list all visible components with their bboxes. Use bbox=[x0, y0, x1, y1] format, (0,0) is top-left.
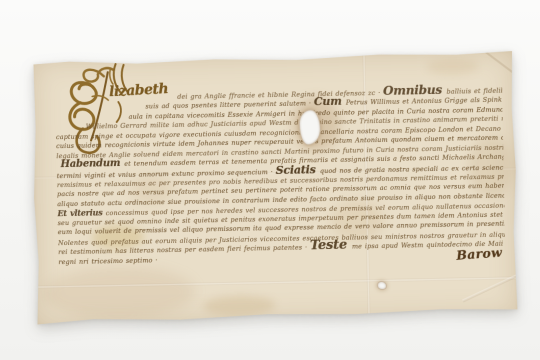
parchment-wrapper: lizabeth Barow dei gra Anglie ffrancie e… bbox=[30, 49, 519, 326]
photo-backdrop: lizabeth Barow dei gra Anglie ffrancie e… bbox=[0, 0, 540, 360]
parchment-hole bbox=[377, 281, 387, 290]
script-text: me ipsa apud Westm quintodecimo die Maii… bbox=[352, 237, 505, 250]
engrossed-word: Et vlterius bbox=[57, 207, 105, 218]
script-text: rei testimonium has litteras nostras per… bbox=[58, 243, 310, 256]
parchment: lizabeth Barow dei gra Anglie ffrancie e… bbox=[30, 49, 519, 326]
manuscript-text: lizabeth Barow dei gra Anglie ffrancie e… bbox=[30, 49, 519, 326]
manuscript-line: regni nri tricesimo septimo · bbox=[58, 255, 198, 266]
engrossed-word: Teste bbox=[310, 237, 352, 253]
script-text: regni nri tricesimo septimo · bbox=[58, 256, 157, 266]
script-text: Petrus Willimus et Antonius Grigge als S… bbox=[346, 91, 503, 106]
engrossed-word: Sciatis bbox=[275, 163, 319, 177]
engrossed-word: Cum bbox=[314, 94, 346, 108]
